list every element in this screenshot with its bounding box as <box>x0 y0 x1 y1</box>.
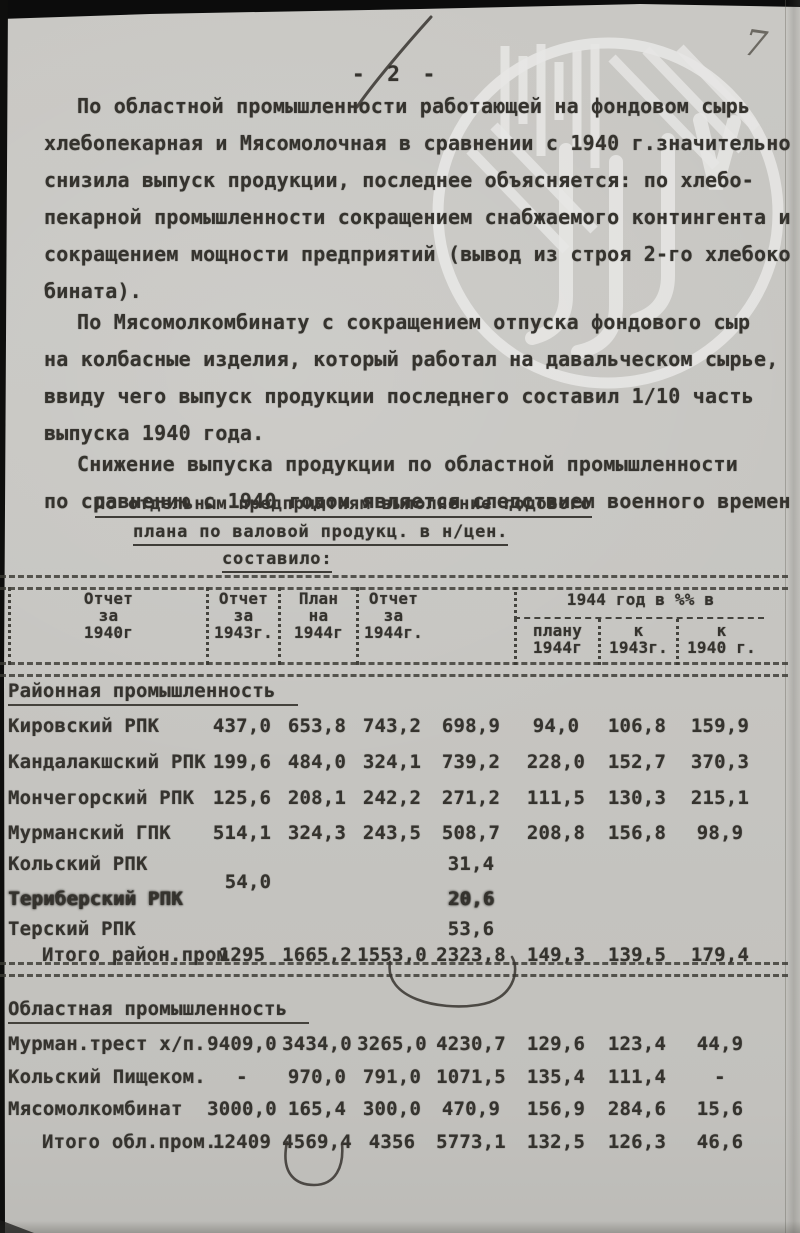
enterprise-name: Мурманский ГПК <box>8 822 206 844</box>
text-line: По областной промышленности работающей н… <box>44 88 800 125</box>
column-group-1944-percent: 1944 год в %% в <box>514 587 764 619</box>
table-heading-line: плана по валовой продукц. в н/цен. <box>133 522 508 546</box>
table-row: Мурманский ГПК 514,1 324,3 243,5 508,7 2… <box>8 822 764 844</box>
enterprise-name: Кольский Пищеком. <box>8 1066 206 1088</box>
column-header-1944-plan: План на 1944г <box>278 587 356 665</box>
enterprise-name: Кольский РПК <box>8 853 206 875</box>
header-spacer <box>428 587 514 619</box>
column-header-pct-of-plan: плану 1944г <box>514 619 598 665</box>
table-row: Терский РПК 53,6 <box>8 918 764 940</box>
enterprise-name: Кандалакшский РПК <box>8 751 206 773</box>
paragraph-2: По Мясомолкомбинату с сокращением отпуск… <box>44 304 800 452</box>
section-title: Областная промышленность <box>8 998 309 1024</box>
enterprise-name: Мясомолкомбинат <box>8 1098 206 1120</box>
table-row: Кольский РПК 31,4 <box>8 853 764 875</box>
column-header-pct-of-1943: к 1943г. <box>598 619 676 665</box>
table-row: Мурман.трест х/п. 9409,0 3434,0 3265,0 4… <box>8 1033 764 1055</box>
total-label: Итого обл.пром. <box>8 1131 206 1153</box>
text-line: снизила выпуск продукции, последнее объя… <box>44 162 800 199</box>
enterprise-name: Терский РПК <box>8 918 206 940</box>
scanned-document-page: 7 - 2 - По областной промышленности рабо… <box>0 0 800 1233</box>
divider-line <box>0 962 788 977</box>
table-row: Кандалакшский РПК 199,6 484,0 324,1 739,… <box>8 751 764 773</box>
text-line: пекарной промышленности сокращением снаб… <box>44 199 800 236</box>
enterprise-name: Териберский РПК <box>8 888 206 910</box>
text-line: Снижение выпуска продукции по областной … <box>44 446 800 483</box>
column-header-1943-report: Отчет за 1943г. <box>206 587 278 665</box>
text-line: По Мясомолкомбинату с сокращением отпуск… <box>44 304 800 341</box>
table-header: Отчет за 1940г Отчет за 1943г. План на 1… <box>8 587 764 665</box>
table-row: Териберский РПК 54,0 20,6 <box>8 888 764 910</box>
table-row: Кольский Пищеком. - 970,0 791,0 1071,5 1… <box>8 1066 764 1088</box>
typed-page-number: - 2 - <box>352 62 440 86</box>
paragraph-1: По областной промышленности работающей н… <box>44 88 800 310</box>
divider-line <box>0 662 788 677</box>
paper-edge-shadow-bottom <box>0 1221 800 1233</box>
text-line: на колбасные изделия, который работал на… <box>44 341 800 378</box>
table-row: Мончегорский РПК 125,6 208,1 242,2 271,2… <box>8 787 764 809</box>
table-heading-line: По отдельным предприятиям выполнение год… <box>95 494 592 518</box>
handwritten-page-number: 7 <box>741 23 769 67</box>
column-header-pct-of-1940: к 1940 г. <box>676 619 764 665</box>
table-row: Мясомолкомбинат 3000,0 165,4 300,0 470,9… <box>8 1098 764 1120</box>
column-header-1944-report: Отчет за 1944г. <box>356 587 428 665</box>
scan-edge-top <box>0 0 800 20</box>
text-line: хлебопекарная и Мясомолочная в сравнении… <box>44 125 800 162</box>
scan-edge-left <box>0 0 8 1233</box>
text-line: сокращением мощности предприятий (вывод … <box>44 236 800 273</box>
section-title: Районная промышленность <box>8 680 298 706</box>
text-line: ввиду чего выпуск продукции последнего с… <box>44 378 800 415</box>
table-row: Кировский РПК 437,0 653,8 743,2 698,9 94… <box>8 715 764 737</box>
table-total-row: Итого обл.пром. 12409 4569,4 4356 5773,1… <box>8 1131 764 1153</box>
enterprise-name: Мурман.трест х/п. <box>8 1033 206 1055</box>
table-heading-line: составило: <box>222 549 332 573</box>
column-header-1940-report: Отчет за 1940г <box>8 587 206 665</box>
enterprise-name: Кировский РПК <box>8 715 206 737</box>
enterprise-name: Мончегорский РПК <box>8 787 206 809</box>
